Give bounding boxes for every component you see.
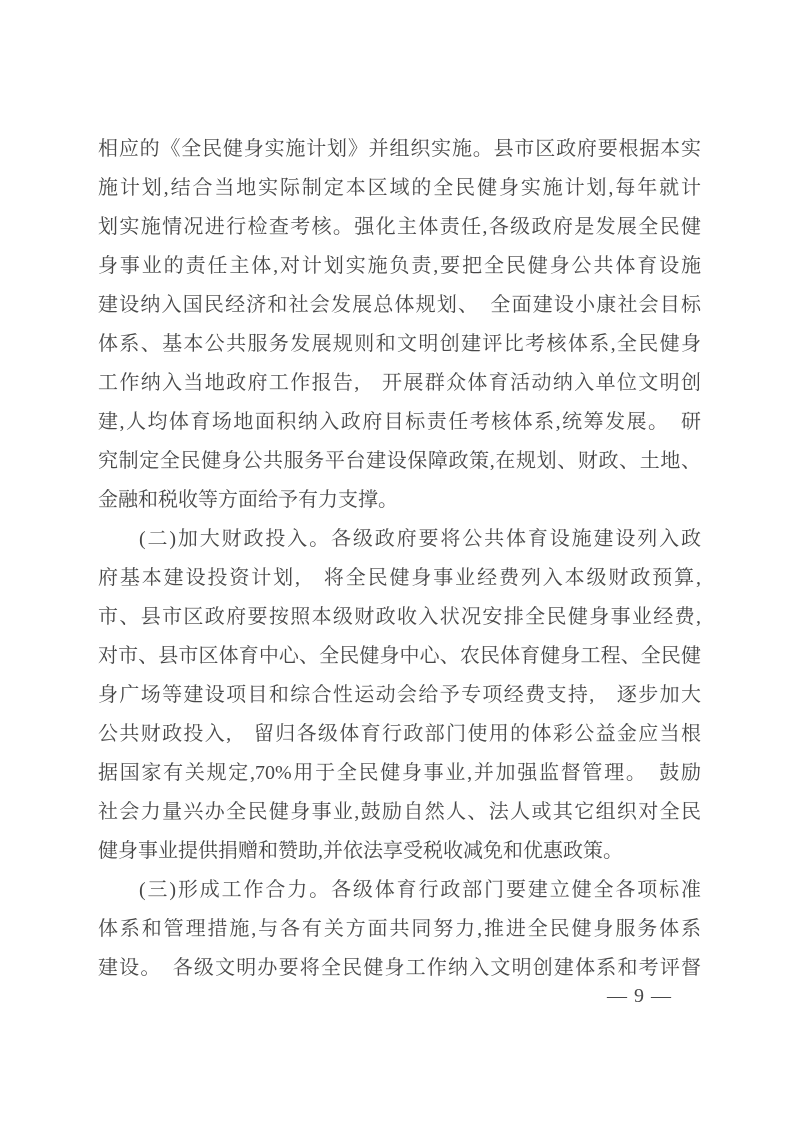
text-line: 市、县市区政府要按照本级财政收入状况安排全民健身事业经费,: [98, 598, 701, 637]
text-line: 建设纳入国民经济和社会发展总体规划、 全面建设小康社会目标: [98, 286, 701, 325]
document-body: 相应的《全民健身实施计划》并组织实施。县市区政府要根据本实施计划,结合当地实际制…: [98, 130, 701, 988]
text-line: (二)加大财政投入。各级政府要将公共体育设施建设列入政: [98, 520, 701, 559]
text-line: 金融和税收等方面给予有力支撑。: [98, 481, 701, 520]
text-line: 社会力量兴办全民健身事业,鼓励自然人、法人或其它组织对全民: [98, 793, 701, 832]
text-line: 划实施情况进行检查考核。强化主体责任,各级政府是发展全民健: [98, 208, 701, 247]
text-line: 体系、基本公共服务发展规则和文明创建评比考核体系,全民健身: [98, 325, 701, 364]
text-line: 施计划,结合当地实际制定本区域的全民健身实施计划,每年就计: [98, 169, 701, 208]
text-line: 府基本建设投资计划, 将全民健身事业经费列入本级财政预算,: [98, 559, 701, 598]
text-line: 究制定全民健身公共服务平台建设保障政策,在规划、财政、土地、: [98, 442, 701, 481]
text-line: 体系和管理措施,与各有关方面共同努力,推进全民健身服务体系: [98, 910, 701, 949]
text-line: 健身事业提供捐赠和赞助,并依法享受税收减免和优惠政策。: [98, 832, 701, 871]
text-line: 据国家有关规定,70%用于全民健身事业,并加强监督管理。 鼓励: [98, 754, 701, 793]
document-page: 相应的《全民健身实施计划》并组织实施。县市区政府要根据本实施计划,结合当地实际制…: [0, 0, 793, 1122]
text-line: 身广场等建设项目和综合性运动会给予专项经费支持, 逐步加大: [98, 676, 701, 715]
text-line: 公共财政投入, 留归各级体育行政部门使用的体彩公益金应当根: [98, 715, 701, 754]
text-line: 工作纳入当地政府工作报告, 开展群众体育活动纳入单位文明创: [98, 364, 701, 403]
text-line: 身事业的责任主体,对计划实施负责,要把全民健身公共体育设施: [98, 247, 701, 286]
text-line: 对市、县市区体育中心、全民健身中心、农民体育健身工程、全民健: [98, 637, 701, 676]
text-line: (三)形成工作合力。各级体育行政部门要建立健全各项标准: [98, 871, 701, 910]
page-number: — 9 —: [607, 984, 672, 1008]
text-line: 建,人均体育场地面积纳入政府目标责任考核体系,统筹发展。 研: [98, 403, 701, 442]
text-line: 建设。 各级文明办要将全民健身工作纳入文明创建体系和考评督: [98, 949, 701, 988]
text-line: 相应的《全民健身实施计划》并组织实施。县市区政府要根据本实: [98, 130, 701, 169]
